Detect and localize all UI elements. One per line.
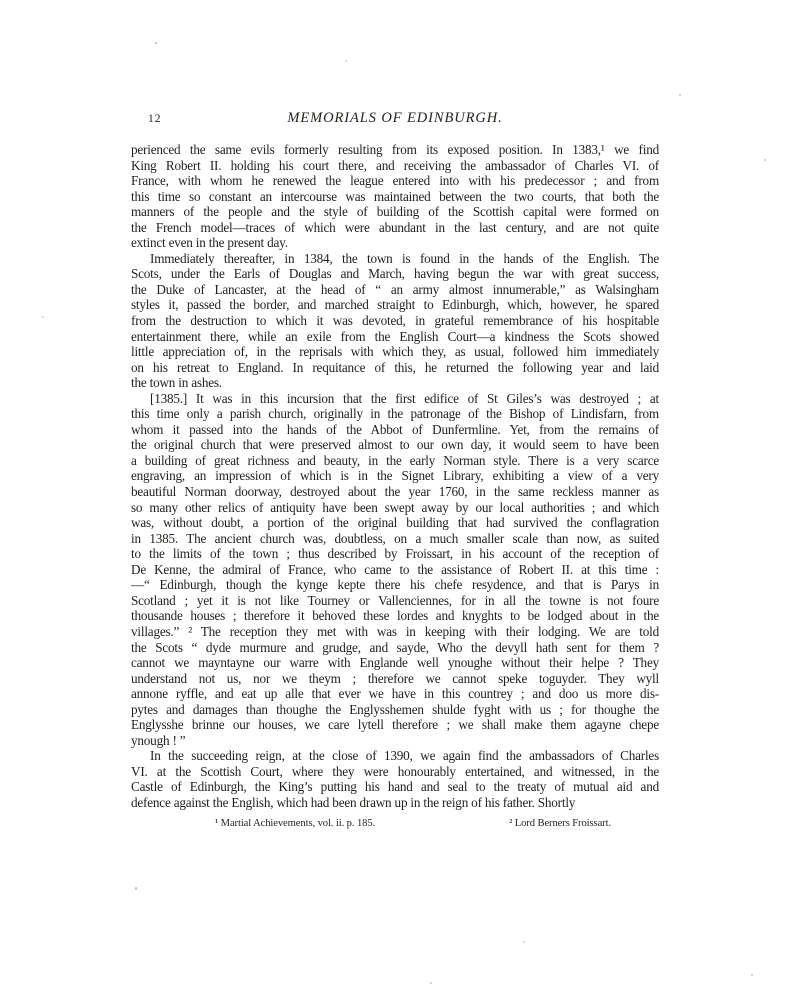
text-line: the Duke of Lancaster, at the head of “ … <box>131 282 659 298</box>
text-line: France, with whom he renewed the league … <box>131 173 659 189</box>
text-line: In the succeeding reign, at the close of… <box>131 748 659 764</box>
scan-speck <box>679 94 681 96</box>
scan-speck <box>42 316 44 318</box>
page-header: 12 MEMORIALS OF EDINBURGH. <box>131 110 659 128</box>
footnote-2: ² Lord Berners Froissart. <box>509 818 611 829</box>
text-line: so many other relics of antiquity have b… <box>131 500 659 516</box>
text-line: —“ Edinburgh, though the kynge kepte the… <box>131 577 659 593</box>
scan-speck <box>345 60 347 62</box>
scan-speck <box>135 887 137 890</box>
text-line: whom it passed into the hands of the Abb… <box>131 422 659 438</box>
text-line: Scotland ; yet it is not like Tourney or… <box>131 593 659 609</box>
scan-speck <box>430 982 432 984</box>
text-line: this time only a parish church, original… <box>131 406 659 422</box>
text-line: De Kenne, the admiral of France, who cam… <box>131 562 659 578</box>
text-line: VI. at the Scottish Court, where they we… <box>131 764 659 780</box>
text-line: thousande houses ; therefore it behoved … <box>131 608 659 624</box>
text-line: Castle of Edinburgh, the King’s putting … <box>131 779 659 795</box>
text-line: understand not us, nor we theym ; theref… <box>131 671 659 687</box>
text-line: extinct even in the present day. <box>131 235 659 251</box>
text-line: perienced the same evils formerly result… <box>131 142 659 158</box>
text-line: the town in ashes. <box>131 375 659 391</box>
text-line: the French model—traces of which were ab… <box>131 220 659 236</box>
text-line: defence against the English, which had b… <box>131 795 659 811</box>
text-line: annone ryffle, and eat up alle that ever… <box>131 686 659 702</box>
scan-speck <box>155 42 157 44</box>
text-line: Immediately thereafter, in 1384, the tow… <box>131 251 659 267</box>
text-line: cannot we mayntayne our warre with Engla… <box>131 655 659 671</box>
text-line: entertainment there, while an exile from… <box>131 329 659 345</box>
scan-speck <box>764 159 766 161</box>
text-line: ynough ! ” <box>131 733 659 749</box>
text-line: villages.” ² The reception they met with… <box>131 624 659 640</box>
text-line: in 1385. The ancient church was, doubtle… <box>131 531 659 547</box>
footnote-1: ¹ Martial Achievements, vol. ii. p. 185. <box>215 818 375 829</box>
text-line: beautiful Norman doorway, destroyed abou… <box>131 484 659 500</box>
text-line: this time so constant an intercourse was… <box>131 189 659 205</box>
text-line: from the destruction to which it was dev… <box>131 313 659 329</box>
text-line: manners of the people and the style of b… <box>131 204 659 220</box>
scan-speck <box>523 941 525 943</box>
text-line: Englysshe brinne our houses, we care lyt… <box>131 717 659 733</box>
text-line: little appreciation of, in the reprisals… <box>131 344 659 360</box>
text-line: the original church that were preserved … <box>131 437 659 453</box>
text-line: a building of great richness and beauty,… <box>131 453 659 469</box>
text-line: pytes and damages than thoughe the Engly… <box>131 702 659 718</box>
text-line: [1385.] It was in this incursion that th… <box>131 391 659 407</box>
footnotes: ¹ Martial Achievements, vol. ii. p. 185.… <box>131 818 659 829</box>
scan-speck <box>751 974 753 976</box>
text-line: King Robert II. holding his court there,… <box>131 158 659 174</box>
page-number: 12 <box>148 113 162 125</box>
running-title: MEMORIALS OF EDINBURGH. <box>131 110 659 127</box>
text-line: was, without doubt, a portion of the ori… <box>131 515 659 531</box>
text-line: Scots, under the Earls of Douglas and Ma… <box>131 266 659 282</box>
scanned-book-page: { "page": { "number": "12", "running_tit… <box>0 0 790 1000</box>
text-line: on his retreat to England. In requitance… <box>131 360 659 376</box>
text-line: to the limits of the town ; thus describ… <box>131 546 659 562</box>
body-text: perienced the same evils formerly result… <box>131 142 659 811</box>
text-line: styles it, passed the border, and marche… <box>131 297 659 313</box>
text-line: the Scots “ dyde murmure and grudge, and… <box>131 640 659 656</box>
text-line: engraving, an impression of which is in … <box>131 468 659 484</box>
